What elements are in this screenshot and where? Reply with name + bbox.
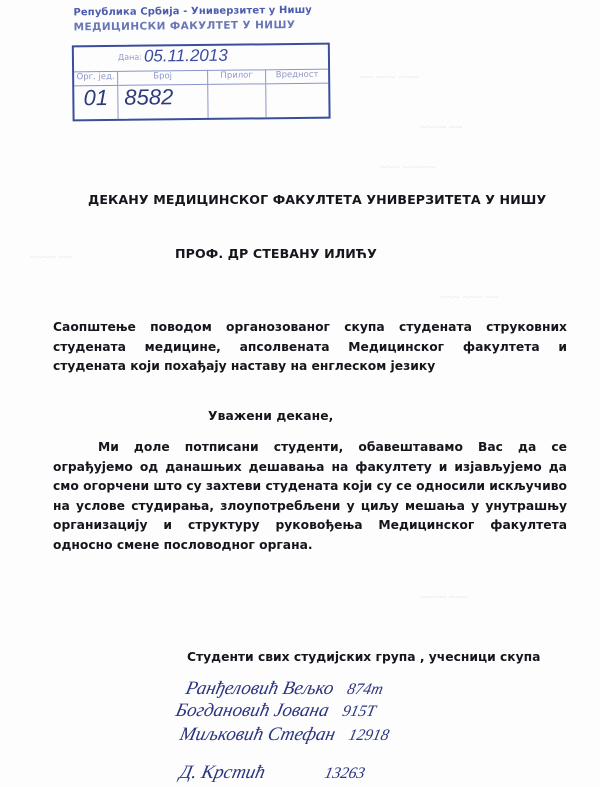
- recipient-title: ДЕКАНУ МЕДИЦИНСКОГ ФАКУЛТЕТА УНИВЕРЗИТЕТ…: [88, 192, 546, 207]
- bleed-through-text: ~~~ ~~~~~: [380, 160, 435, 175]
- stamp-institution: Република Србија - Универзитет у Нишу: [73, 5, 312, 18]
- stamp-date-label: Дана:: [118, 53, 142, 62]
- stamp-col-value: 01: [74, 85, 117, 111]
- stamp-box: Дана: 05.11.2013 Орг. јед. 01 Број 8582 …: [72, 43, 331, 122]
- signature-3: Миљковић Стефан12918: [178, 724, 392, 746]
- signature-1: Ранђеловић Вељко874т: [184, 678, 386, 700]
- bleed-through-text: ~~~~ ~~: [420, 120, 462, 135]
- stamp-col-header: Прилог: [208, 70, 265, 85]
- signature-number: 915Т: [341, 703, 378, 720]
- bleed-through-text: ~~~~ ~~~: [420, 590, 468, 605]
- body-paragraph: Ми доле потписани студенти, обавештавамо…: [53, 438, 567, 555]
- stamp-col-value-field: Вредност: [266, 69, 328, 118]
- stamp-col-number: Број 8582: [118, 70, 208, 119]
- stamp-col-header: Вредност: [266, 70, 328, 85]
- signature-name: Миљковић Стефан: [178, 724, 337, 745]
- bleed-through-text: ~~~ ~~~ ~~: [440, 290, 498, 305]
- recipient-name: ПРОФ. ДР СТЕВАНУ ИЛИЋУ: [175, 246, 377, 261]
- bleed-through-text: ~~ ~~~ ~~~: [360, 70, 418, 85]
- subject-paragraph: Саопштење поводом органозованог скупа ст…: [53, 318, 567, 377]
- stamp-col-unit: Орг. јед. 01: [74, 71, 119, 119]
- signature-name: Ранђеловић Вељко: [184, 678, 336, 699]
- bleed-through-text: ~~~~ ~~: [30, 250, 72, 265]
- signature-name: Д. Крстић: [178, 762, 267, 783]
- body-text: Ми доле потписани студенти, обавештавамо…: [53, 440, 567, 552]
- signature-number: 874т: [346, 681, 385, 698]
- signature-name: Богдановић Јована: [174, 700, 331, 721]
- signature-number: 12918: [347, 727, 391, 744]
- registry-stamp: Република Србија - Универзитет у Нишу МЕ…: [67, 3, 333, 124]
- stamp-columns: Орг. јед. 01 Број 8582 Прилог Вредност: [74, 69, 328, 120]
- signature-number: 13263: [323, 765, 367, 782]
- stamp-faculty: МЕДИЦИНСКИ ФАКУЛТЕТ У НИШУ: [74, 19, 296, 33]
- salutation: Уважени декане,: [208, 409, 333, 423]
- signature-2: Богдановић Јована915Т: [174, 700, 378, 722]
- signature-4: Д. Крстић13263: [178, 762, 368, 784]
- stamp-date-value: 05.11.2013: [144, 46, 228, 67]
- signatures-caption: Студенти свих студијских група , учесниц…: [187, 650, 540, 664]
- stamp-col-attachment: Прилог: [208, 69, 266, 118]
- stamp-col-value: 8582: [118, 84, 207, 111]
